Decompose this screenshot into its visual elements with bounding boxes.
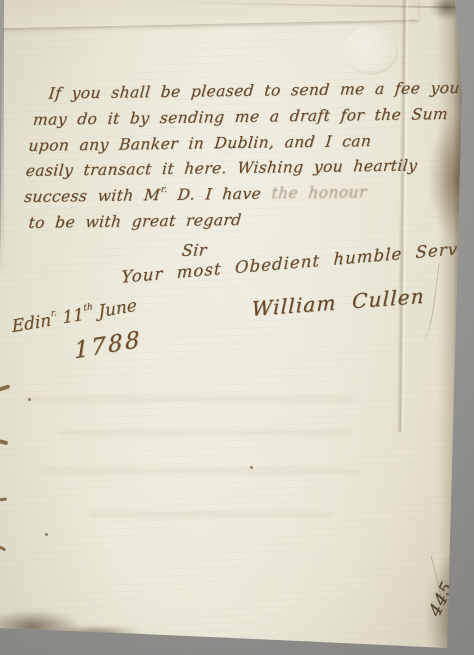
letter-line-1: If you shall be pleased to send me a fee… [48, 79, 461, 103]
letter-line-5-faded-words: the honour [271, 183, 368, 202]
letter-line-2: may do it by sending me a draft for the … [32, 105, 449, 129]
folio-number: 445 [426, 578, 458, 620]
dateline-place: Edin [11, 310, 51, 337]
dateline-place-superscript: r. [50, 309, 57, 320]
signature: William Cullen [251, 284, 425, 321]
superscript-r: r. [160, 185, 168, 195]
dateline-month: June [92, 296, 137, 324]
closing-line: Your most Obedient humble Servant [121, 237, 474, 287]
letter-body: If you shall be pleased to send me a fee… [0, 0, 474, 655]
letter-page: If you shall be pleased to send me a fee… [0, 0, 474, 655]
dateline-day-superscript: th [83, 302, 93, 314]
letter-line-6: to be with great regard [28, 211, 243, 232]
letter-line-5-start: success with M [23, 186, 161, 206]
manuscript-photo: If you shall be pleased to send me a fee… [0, 0, 474, 655]
dateline-day: 11 [62, 305, 85, 329]
letter-line-4: easily transact it here. Wishing you hea… [25, 156, 418, 179]
letter-line-3: upon any Banker in Dublin, and I can [28, 132, 373, 155]
salutation: Sir [181, 240, 208, 259]
letter-line-5: success with Mr. D. I have the honour [23, 183, 367, 206]
dateline-year: 1788 [74, 326, 142, 364]
letter-line-5-mid: D. I have [166, 184, 272, 203]
